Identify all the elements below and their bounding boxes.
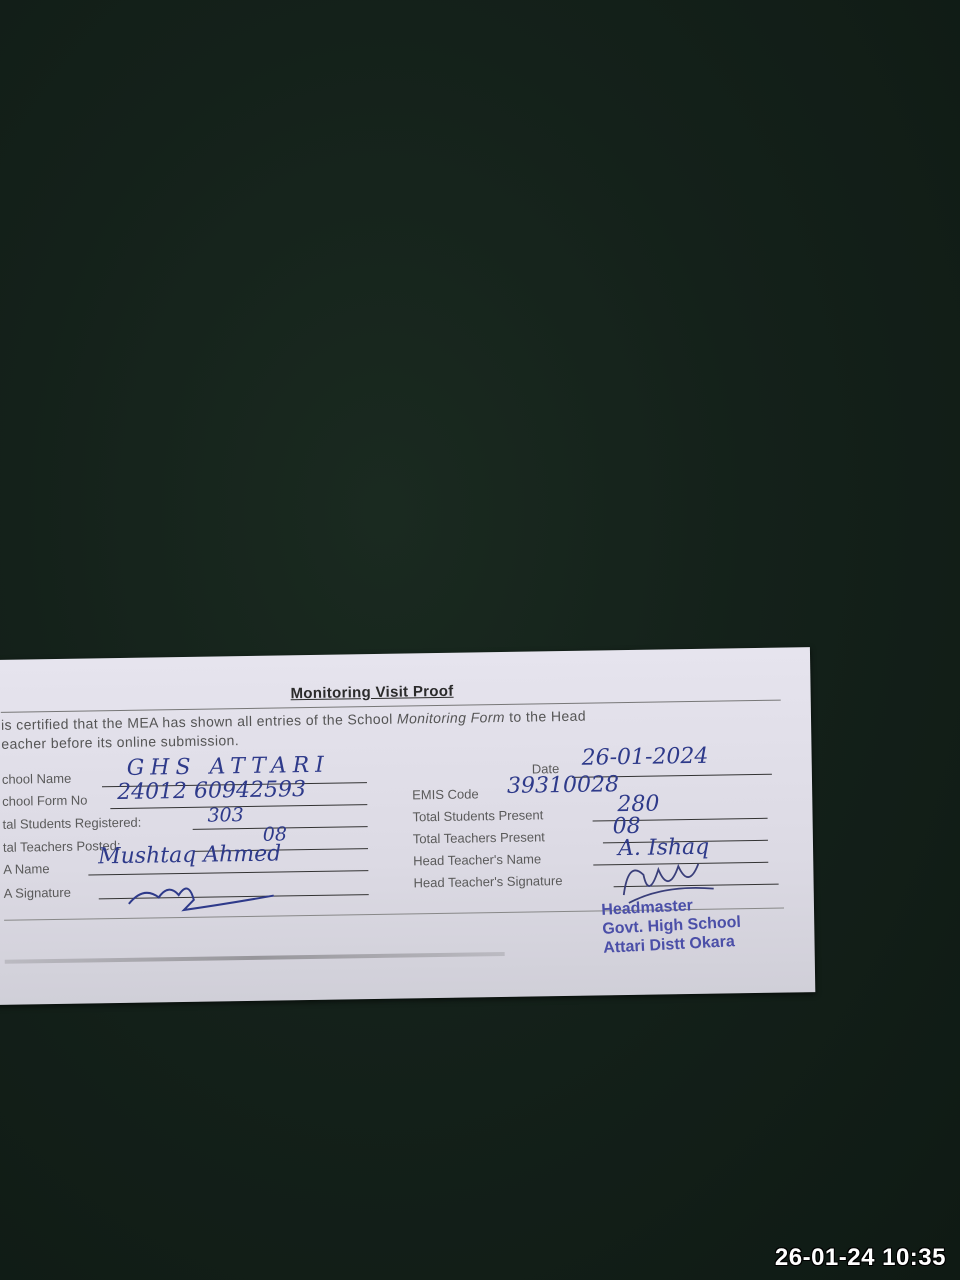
school-name-label: chool Name bbox=[2, 771, 72, 787]
photo-timestamp: 26-01-24 10:35 bbox=[775, 1244, 946, 1272]
cert-text-line2: eacher before its online submission. bbox=[1, 732, 239, 752]
head-teacher-name-label: Head Teacher's Name bbox=[413, 851, 541, 868]
mea-signature-label: A Signature bbox=[4, 885, 71, 901]
emis-code-value: 39310028 bbox=[507, 772, 619, 799]
mea-name-value: Mushtaq Ahmed bbox=[98, 841, 282, 869]
cert-text-part: to the Head bbox=[505, 708, 586, 725]
emis-code-label: EMIS Code bbox=[412, 786, 479, 802]
students-present-label: Total Students Present bbox=[412, 807, 543, 824]
students-registered-value: 303 bbox=[207, 804, 244, 827]
students-registered-label: tal Students Registered: bbox=[2, 815, 141, 832]
head-teacher-signature-label: Head Teacher's Signature bbox=[413, 873, 562, 890]
smudge-mark bbox=[5, 952, 505, 964]
cert-text-italic: Monitoring Form bbox=[397, 709, 505, 727]
school-form-no-value: 24012 60942593 bbox=[117, 777, 306, 805]
headmaster-stamp: Headmaster Govt. High School Attari Dist… bbox=[601, 894, 742, 958]
mea-signature-icon bbox=[123, 873, 284, 916]
date-value: 26-01-2024 bbox=[581, 744, 708, 771]
mea-name-label: A Name bbox=[3, 861, 49, 877]
form-title: Monitoring Visit Proof bbox=[290, 683, 453, 703]
monitoring-visit-proof-form: Monitoring Visit Proof is certified that… bbox=[0, 647, 815, 1005]
cert-text-part: is certified that the MEA has shown all … bbox=[1, 711, 397, 733]
teachers-present-label: Total Teachers Present bbox=[413, 829, 545, 846]
school-form-no-label: chool Form No bbox=[2, 792, 87, 808]
